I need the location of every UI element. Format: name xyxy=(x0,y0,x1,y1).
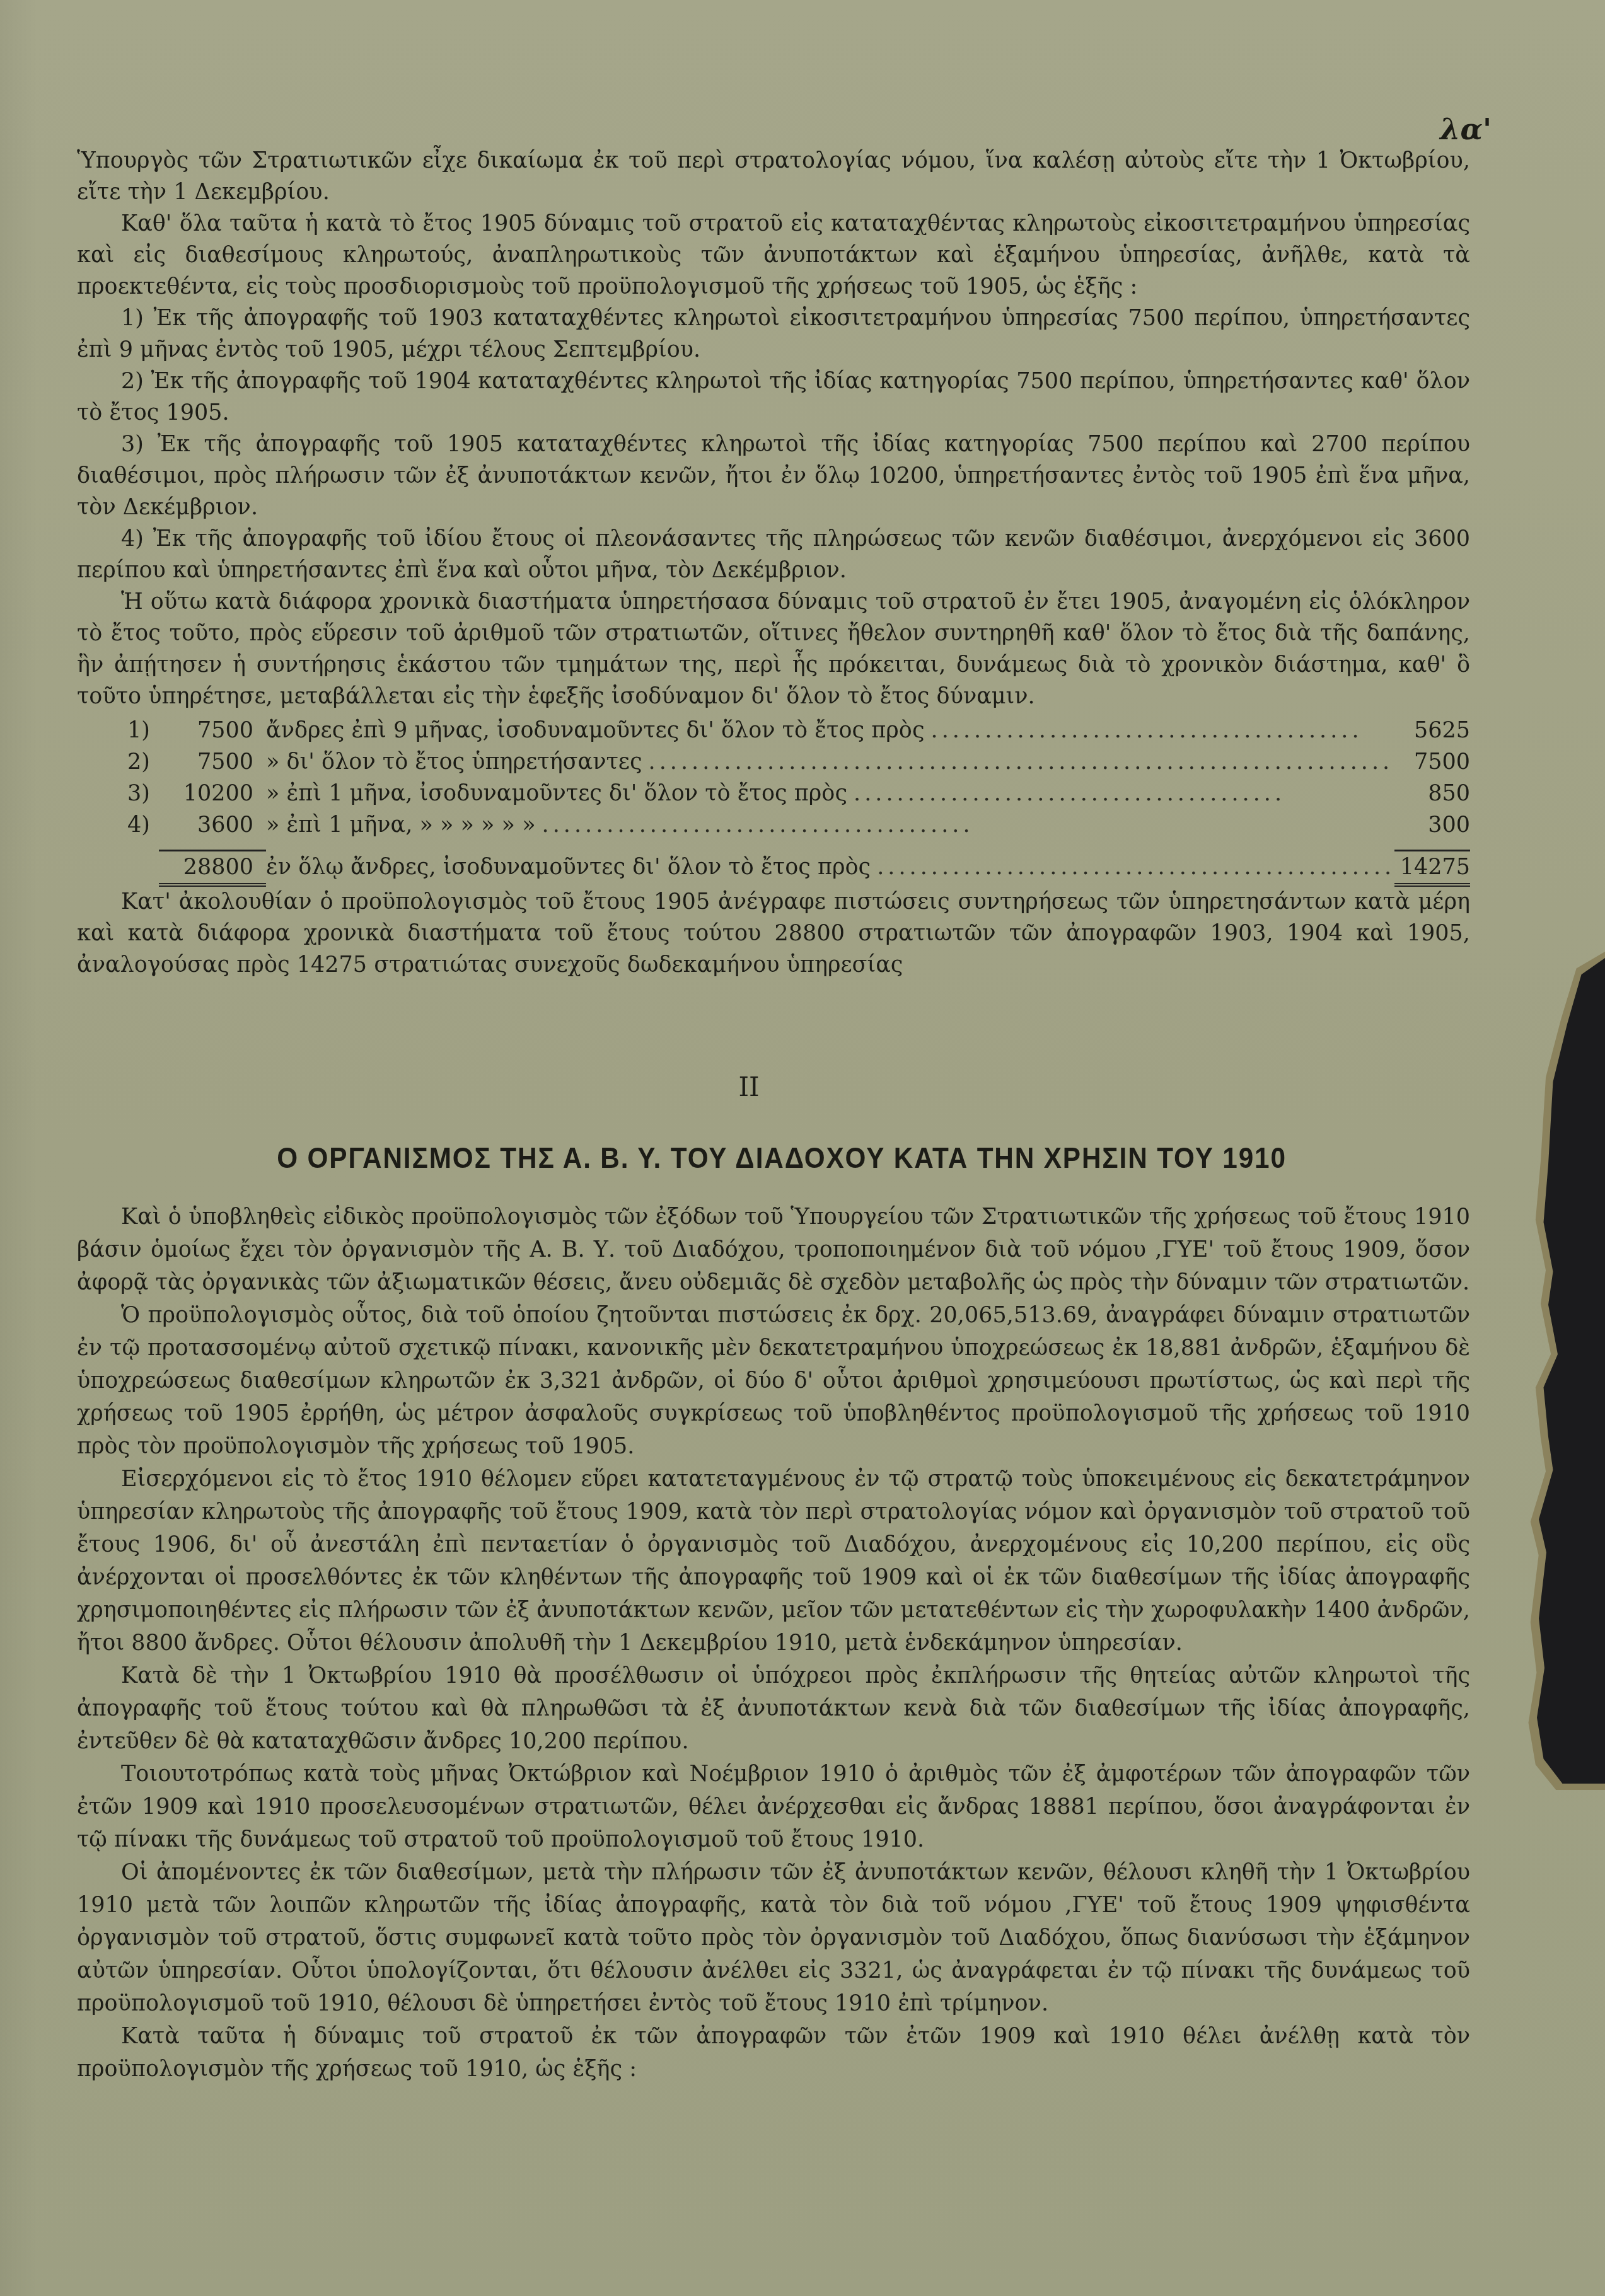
body-text-part2: Καὶ ὁ ὑποβληθεὶς εἰδικὸς προϋπολογισμὸς … xyxy=(77,1201,1470,2085)
calc-total-desc: ἐν ὅλῳ ἄνδρες, ἰσοδυναμοῦντες δι' ὅλον τ… xyxy=(266,851,871,883)
paragraph: Τοιουτοτρόπως κατὰ τοὺς μῆνας Ὀκτώβριον … xyxy=(77,1758,1470,1856)
conclusion-paragraph: Κατ' ἀκολουθίαν ὁ προϋπολογισμὸς τοῦ ἔτο… xyxy=(77,886,1470,981)
calc-row-num: 2) xyxy=(127,746,159,778)
calc-row-num: 1) xyxy=(127,715,159,746)
leader-dots: ........................................… xyxy=(642,746,1394,778)
section-title: Ο ΟΡΓΑΝΙΣΜΟΣ ΤΗΣ Α. Β. Υ. ΤΟΥ ΔΙΑΔΟΧΟΥ Κ… xyxy=(236,1141,1327,1175)
calc-row: 3) 10200 » ἐπὶ 1 μῆνα, ἰσοδυναμοῦντες δι… xyxy=(127,778,1470,809)
paragraph: Καὶ ὁ ὑποβληθεὶς εἰδικὸς προϋπολογισμὸς … xyxy=(77,1201,1470,1299)
leader-dots: ........................................ xyxy=(536,809,1394,841)
paragraph: Ὑπουργὸς τῶν Στρατιωτικῶν εἶχε δικαίωμα … xyxy=(77,145,1470,208)
leader-dots: ........................................… xyxy=(871,851,1394,883)
paragraph: Οἱ ἀπομένοντες ἐκ τῶν διαθεσίμων, μετὰ τ… xyxy=(77,1856,1470,2020)
leader-dots: ........................................ xyxy=(925,715,1395,746)
calc-row-men: 7500 xyxy=(159,746,266,778)
calc-row: 1) 7500 ἄνδρες ἐπὶ 9 μῆνας, ἰσοδυναμοῦντ… xyxy=(127,715,1470,746)
calc-row-equivalent: 850 xyxy=(1394,778,1470,809)
paragraph: Κατὰ ταῦτα ἡ δύναμις τοῦ στρατοῦ ἐκ τῶν … xyxy=(77,2020,1470,2085)
calc-row-num: 3) xyxy=(127,778,159,809)
calc-row: 4) 3600 » ἐπὶ 1 μῆνα, » » » » » » ......… xyxy=(127,809,1470,841)
calc-row-desc: ἄνδρες ἐπὶ 9 μῆνας, ἰσοδυναμοῦντες δι' ὅ… xyxy=(266,715,925,746)
calc-row-desc: » δι' ὅλον τὸ ἔτος ὑπηρετήσαντες xyxy=(266,746,642,778)
calc-total-men: 28800 xyxy=(159,850,266,887)
paragraph-item-4: 4) Ἐκ τῆς ἀπογραφῆς τοῦ ἰδίου ἔτους οἱ π… xyxy=(77,523,1470,586)
paragraph-item-2: 2) Ἐκ τῆς ἀπογραφῆς τοῦ 1904 καταταχθέντ… xyxy=(77,366,1470,429)
body-text-part1: Ὑπουργὸς τῶν Στρατιωτικῶν εἶχε δικαίωμα … xyxy=(77,145,1470,981)
calc-row-equivalent: 300 xyxy=(1394,809,1470,841)
leader-dots: ........................................ xyxy=(847,778,1394,809)
paragraph: Εἰσερχόμενοι εἰς τὸ ἔτος 1910 θέλομεν εὕ… xyxy=(77,1463,1470,1659)
calc-total-equivalent: 14275 xyxy=(1394,850,1470,887)
paragraph: Καθ' ὅλα ταῦτα ἡ κατὰ τὸ ἔτος 1905 δύναμ… xyxy=(77,208,1470,303)
calc-row-desc: » ἐπὶ 1 μῆνα, » » » » » » xyxy=(266,809,536,841)
calc-total-row: 28800 ἐν ὅλῳ ἄνδρες, ἰσοδυναμοῦντες δι' … xyxy=(127,850,1470,881)
page-number: λα' xyxy=(1440,112,1492,146)
calc-row: 2) 7500 » δι' ὅλον τὸ ἔτος ὑπηρετήσαντες… xyxy=(127,746,1470,778)
paragraph: Κατὰ δὲ τὴν 1 Ὀκτωβρίου 1910 θὰ προσέλθω… xyxy=(77,1659,1470,1758)
paragraph: Ἡ οὕτω κατὰ διάφορα χρονικὰ διαστήματα ὑ… xyxy=(77,586,1470,712)
calc-row-equivalent: 5625 xyxy=(1394,715,1470,746)
paragraph-item-1: 1) Ἐκ τῆς ἀπογραφῆς τοῦ 1903 καταταχθέντ… xyxy=(77,303,1470,366)
equivalence-calculation: 1) 7500 ἄνδρες ἐπὶ 9 μῆνας, ἰσοδυναμοῦντ… xyxy=(127,715,1470,881)
section-number: II xyxy=(0,1071,1605,1102)
paragraph-item-3: 3) Ἐκ τῆς ἀπογραφῆς τοῦ 1905 καταταχθέντ… xyxy=(77,429,1470,523)
calc-row-num: 4) xyxy=(127,809,159,841)
calc-row-equivalent: 7500 xyxy=(1394,746,1470,778)
calc-row-men: 10200 xyxy=(159,778,266,809)
calc-row-men: 7500 xyxy=(159,715,266,746)
document-page: λα' Ὑπουργὸς τῶν Στρατιωτικῶν εἶχε δικαί… xyxy=(0,0,1605,2296)
calc-row-men: 3600 xyxy=(159,809,266,841)
paragraph: Ὁ προϋπολογισμὸς οὗτος, διὰ τοῦ ὁποίου ζ… xyxy=(77,1299,1470,1463)
calc-row-desc: » ἐπὶ 1 μῆνα, ἰσοδυναμοῦντες δι' ὅλον τὸ… xyxy=(266,778,847,809)
